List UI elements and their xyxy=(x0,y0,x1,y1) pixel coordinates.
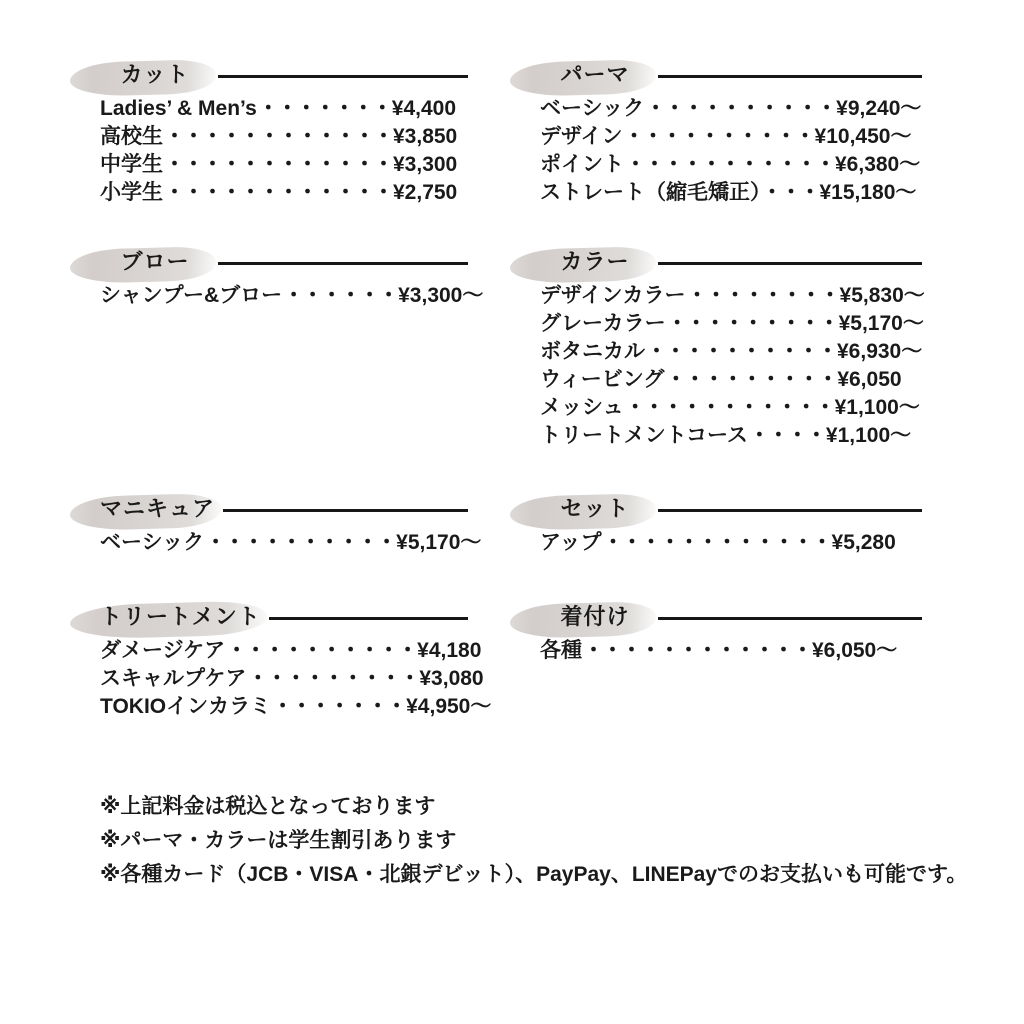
section-title: ブロー xyxy=(120,249,189,274)
item-price: ¥6,380〜 xyxy=(835,153,920,176)
item-label: ベーシック xyxy=(100,531,204,554)
section-title: セット xyxy=(560,496,629,521)
dot-leader: ・・・・・・・・・・・・ xyxy=(583,639,811,662)
item-price: ¥5,280 xyxy=(832,531,896,554)
section-header: セット xyxy=(540,494,922,524)
price-list-item: グレーカラー・・・・・・・・・¥5,170〜 xyxy=(540,310,922,338)
price-list-item: ベーシック・・・・・・・・・・¥9,240〜 xyxy=(540,95,922,123)
item-price: ¥4,950〜 xyxy=(406,695,491,718)
price-list: デザインカラー・・・・・・・・¥5,830〜グレーカラー・・・・・・・・・¥5,… xyxy=(540,282,922,450)
section-manicure: マニキュア ベーシック・・・・・・・・・・¥5,170〜 xyxy=(100,494,468,557)
header-rule-line xyxy=(658,75,922,78)
item-label: ストレート（縮毛矯正） xyxy=(540,181,761,204)
price-list-item: 中学生・・・・・・・・・・・・¥3,300 xyxy=(100,151,468,179)
section-title: トリートメント xyxy=(100,604,261,629)
item-price: ¥1,100〜 xyxy=(826,424,911,447)
price-list-item: シャンプー&ブロー・・・・・・¥3,300〜 xyxy=(100,282,468,310)
dot-leader: ・・・・ xyxy=(749,424,825,447)
price-list-item: Ladies’ & Men’s・・・・・・・¥4,400 xyxy=(100,95,468,123)
item-label: ポイント xyxy=(540,153,624,176)
item-label: ボタニカル xyxy=(540,340,645,363)
price-list-item: デザインカラー・・・・・・・・¥5,830〜 xyxy=(540,282,922,310)
item-price: ¥5,830〜 xyxy=(840,284,925,307)
header-rule-line xyxy=(269,617,468,620)
price-list-item: ボタニカル・・・・・・・・・・¥6,930〜 xyxy=(540,338,922,366)
price-list-item: 高校生・・・・・・・・・・・・¥3,850 xyxy=(100,123,468,151)
item-price: ¥9,240〜 xyxy=(836,97,921,120)
section-title: カット xyxy=(121,62,190,87)
item-price: ¥2,750 xyxy=(393,181,457,204)
header-rule-line xyxy=(658,509,922,512)
section-title-wrap: セット xyxy=(540,494,650,524)
dot-leader: ・・・・・・・・・・・・ xyxy=(164,153,392,176)
section-kitsuke: 着付け 各種・・・・・・・・・・・・¥6,050〜 xyxy=(540,602,922,665)
price-list: ベーシック・・・・・・・・・・¥9,240〜デザイン・・・・・・・・・・¥10,… xyxy=(540,95,922,207)
item-price: ¥4,180 xyxy=(417,639,481,662)
section-header: 着付け xyxy=(540,602,922,632)
note-payment-methods: ※各種カード（JCB・VISA・北銀デビット）、PayPay、LINEPayでの… xyxy=(100,858,950,892)
item-price: ¥15,180〜 xyxy=(820,181,917,204)
section-title: パーマ xyxy=(560,62,629,87)
dot-leader: ・・・・・・・・・・ xyxy=(624,125,814,148)
section-title-wrap: トリートメント xyxy=(100,602,261,632)
footer-notes: ※上記料金は税込となっております ※パーマ・カラーは学生割引あります ※各種カー… xyxy=(100,790,950,892)
item-price: ¥1,100〜 xyxy=(835,396,920,419)
item-price: ¥3,300〜 xyxy=(398,284,483,307)
item-label: Ladies’ & Men’s xyxy=(100,97,257,120)
dot-leader: ・・・・・・・・・・ xyxy=(226,639,416,662)
item-label: メッシュ xyxy=(540,396,624,419)
dot-leader: ・・・・・・ xyxy=(283,284,397,307)
dot-leader: ・・・・・・・・・・ xyxy=(645,97,835,120)
section-title-wrap: マニキュア xyxy=(100,494,215,524)
section-title-wrap: 着付け xyxy=(540,602,650,632)
header-rule-line xyxy=(658,617,922,620)
item-label: スキャルプケア xyxy=(100,667,246,690)
section-title: マニキュア xyxy=(100,496,215,521)
item-price: ¥6,050〜 xyxy=(812,639,897,662)
note-student-discount: ※パーマ・カラーは学生割引あります xyxy=(100,824,950,858)
item-label: トリートメントコース xyxy=(540,424,748,447)
price-list: ベーシック・・・・・・・・・・¥5,170〜 xyxy=(100,529,468,557)
section-perm: パーマ ベーシック・・・・・・・・・・¥9,240〜デザイン・・・・・・・・・・… xyxy=(540,60,922,207)
note-tax-included: ※上記料金は税込となっております xyxy=(100,790,950,824)
item-label: ベーシック xyxy=(540,97,644,120)
price-list-item: ウィービング・・・・・・・・・¥6,050 xyxy=(540,366,922,394)
item-price: ¥5,170〜 xyxy=(396,531,481,554)
item-price: ¥10,450〜 xyxy=(815,125,912,148)
section-header: ブロー xyxy=(100,247,468,277)
section-set: セット アップ・・・・・・・・・・・・¥5,280 xyxy=(540,494,922,557)
dot-leader: ・・・・・・・・・・・・ xyxy=(164,125,392,148)
item-label: シャンプー&ブロー xyxy=(100,284,282,307)
price-list: シャンプー&ブロー・・・・・・¥3,300〜 xyxy=(100,282,468,310)
item-label: グレーカラー xyxy=(540,312,666,335)
price-list-item: ストレート（縮毛矯正）・・・¥15,180〜 xyxy=(540,179,922,207)
section-cut: カット Ladies’ & Men’s・・・・・・・¥4,400高校生・・・・・… xyxy=(100,60,468,207)
section-header: トリートメント xyxy=(100,602,468,632)
dot-leader: ・・・・・・・・・ xyxy=(667,312,838,335)
section-header: マニキュア xyxy=(100,494,468,524)
item-label: 各種 xyxy=(540,639,582,662)
price-list-item: 各種・・・・・・・・・・・・¥6,050〜 xyxy=(540,637,922,665)
price-list-item: ベーシック・・・・・・・・・・¥5,170〜 xyxy=(100,529,468,557)
dot-leader: ・・・・・・・・・ xyxy=(665,368,836,391)
price-list-item: トリートメントコース・・・・¥1,100〜 xyxy=(540,422,922,450)
dot-leader: ・・・・・・・・・・・・ xyxy=(603,531,831,554)
section-header: パーマ xyxy=(540,60,922,90)
price-list: 各種・・・・・・・・・・・・¥6,050〜 xyxy=(540,637,922,665)
dot-leader: ・・・・・・・・・ xyxy=(247,667,418,690)
item-price: ¥3,850 xyxy=(393,125,457,148)
salon-price-list-page: カット Ladies’ & Men’s・・・・・・・¥4,400高校生・・・・・… xyxy=(0,0,1024,1024)
header-rule-line xyxy=(218,262,468,265)
section-title: 着付け xyxy=(560,604,629,629)
price-list: Ladies’ & Men’s・・・・・・・¥4,400高校生・・・・・・・・・… xyxy=(100,95,468,207)
price-list: ダメージケア・・・・・・・・・・¥4,180スキャルプケア・・・・・・・・・¥3… xyxy=(100,637,468,721)
dot-leader: ・・・・・・・・ xyxy=(687,284,839,307)
section-title-wrap: カラー xyxy=(540,247,650,277)
price-list-item: ポイント・・・・・・・・・・・¥6,380〜 xyxy=(540,151,922,179)
price-list-item: TOKIOインカラミ・・・・・・・¥4,950〜 xyxy=(100,693,468,721)
item-label: 小学生 xyxy=(100,181,163,204)
item-label: 高校生 xyxy=(100,125,163,148)
dot-leader: ・・・・・・・・・・・ xyxy=(625,396,834,419)
section-blow: ブロー シャンプー&ブロー・・・・・・¥3,300〜 xyxy=(100,247,468,310)
dot-leader: ・・・・・・・ xyxy=(272,695,405,718)
section-title-wrap: カット xyxy=(100,60,210,90)
header-rule-line xyxy=(658,262,922,265)
item-label: ウィービング xyxy=(540,368,664,391)
dot-leader: ・・・・・・・・・・・ xyxy=(625,153,834,176)
item-label: デザインカラー xyxy=(540,284,686,307)
section-title-wrap: パーマ xyxy=(540,60,650,90)
item-label: アップ xyxy=(540,531,602,554)
section-color: カラー デザインカラー・・・・・・・・¥5,830〜グレーカラー・・・・・・・・… xyxy=(540,247,922,450)
item-label: デザイン xyxy=(540,125,623,148)
dot-leader: ・・・・・・・ xyxy=(258,97,391,120)
section-header: カット xyxy=(100,60,468,90)
dot-leader: ・・・・・・・・・・ xyxy=(205,531,395,554)
header-rule-line xyxy=(223,509,468,512)
price-list-item: デザイン・・・・・・・・・・¥10,450〜 xyxy=(540,123,922,151)
price-list-item: スキャルプケア・・・・・・・・・¥3,080 xyxy=(100,665,468,693)
item-price: ¥3,080 xyxy=(419,667,483,690)
item-label: TOKIOインカラミ xyxy=(100,695,271,718)
item-label: ダメージケア xyxy=(100,639,225,662)
item-price: ¥4,400 xyxy=(392,97,456,120)
dot-leader: ・・・・・・・・・・・・ xyxy=(164,181,392,204)
price-list-item: ダメージケア・・・・・・・・・・¥4,180 xyxy=(100,637,468,665)
price-list-item: 小学生・・・・・・・・・・・・¥2,750 xyxy=(100,179,468,207)
item-price: ¥3,300 xyxy=(393,153,457,176)
item-price: ¥5,170〜 xyxy=(839,312,924,335)
section-title: カラー xyxy=(560,249,629,274)
section-treatment: トリートメント ダメージケア・・・・・・・・・・¥4,180スキャルプケア・・・… xyxy=(100,602,468,721)
item-price: ¥6,930〜 xyxy=(837,340,922,363)
section-header: カラー xyxy=(540,247,922,277)
header-rule-line xyxy=(218,75,468,78)
price-list-item: アップ・・・・・・・・・・・・¥5,280 xyxy=(540,529,922,557)
dot-leader: ・・・・・・・・・・ xyxy=(646,340,836,363)
item-price: ¥6,050 xyxy=(837,368,901,391)
price-list: アップ・・・・・・・・・・・・¥5,280 xyxy=(540,529,922,557)
section-title-wrap: ブロー xyxy=(100,247,210,277)
dot-leader: ・・・ xyxy=(762,181,819,204)
item-label: 中学生 xyxy=(100,153,163,176)
price-list-item: メッシュ・・・・・・・・・・・¥1,100〜 xyxy=(540,394,922,422)
